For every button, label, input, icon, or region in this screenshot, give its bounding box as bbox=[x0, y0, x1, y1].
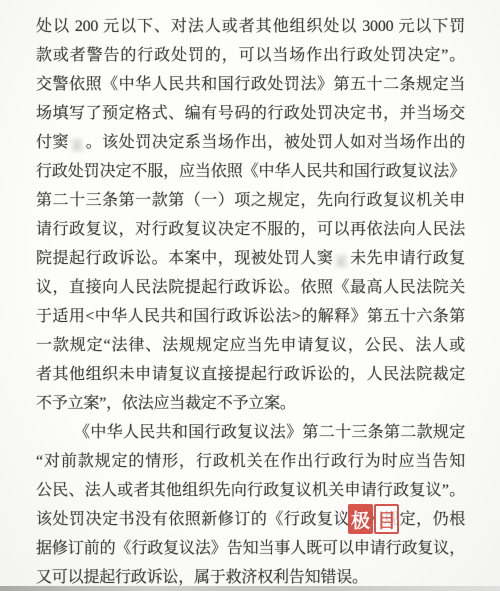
text-segment: 付窦 bbox=[36, 134, 69, 151]
text-segment: 该处罚决定书没有依照新修订的《行政复议法》规定，仍根 bbox=[36, 511, 465, 528]
text-line: 《中华人民共和国行政复议法》第二十三条第二款规定 bbox=[36, 418, 465, 447]
text-segment: 于适用<中华人民共和国行政诉讼法>的解释》第五十六条第 bbox=[36, 308, 465, 325]
jimu-watermark: 极 目 bbox=[348, 504, 399, 534]
text-segment: 处以 200 元以下、对法人或者其他组织处以 3000 元以下罚 bbox=[36, 18, 465, 35]
text-segment: 不予立案”，依法应当裁定不予立案。 bbox=[36, 395, 296, 412]
text-line: 交警依照《中华人民共和国行政处罚法》第五十二条规定当 bbox=[36, 70, 465, 99]
text-segment: 交警依照《中华人民共和国行政处罚法》第五十二条规定当 bbox=[36, 76, 465, 93]
text-segment: 公民、法人或者其他组织先向行政复议机关申请行政复议”。 bbox=[36, 482, 465, 499]
page-bottom-edge bbox=[0, 586, 500, 591]
text-line: 公民、法人或者其他组织先向行政复议机关申请行政复议”。 bbox=[36, 476, 465, 505]
text-line: 不予立案”，依法应当裁定不予立案。 bbox=[36, 389, 465, 418]
watermark-badge-mu: 目 bbox=[374, 504, 399, 534]
text-segment: 《中华人民共和国行政复议法》第二十三条第二款规定 bbox=[74, 424, 465, 441]
text-segment: 款或者警告的行政处罚的，可以当场作出行政处罚决定”。 bbox=[36, 47, 465, 64]
text-segment: 院提起行政诉讼。本案中，现被处罚人窦 bbox=[36, 250, 333, 267]
text-line: 者其他组织未申请复议直接提起行政诉讼的，人民法院裁定 bbox=[36, 360, 465, 389]
text-line: “对前款规定的情形，行政机关在作出行政行为时应当告知 bbox=[36, 447, 465, 476]
watermark-badge-ji: 极 bbox=[348, 504, 373, 534]
text-line: 该处罚决定书没有依照新修订的《行政复议法》规定，仍根 bbox=[36, 505, 465, 534]
redacted-name: 某 bbox=[70, 135, 84, 152]
text-segment: 第二十三条第一款第（一）项之规定，先向行政复议机关申 bbox=[36, 192, 465, 209]
text-line: 行政处罚决定不服，应当依照《中华人民共和国行政复议法》 bbox=[36, 157, 465, 186]
text-line: 院提起行政诉讼。本案中，现被处罚人窦某未先申请行政复 bbox=[36, 244, 465, 273]
text-segment: 行政处罚决定不服，应当依照《中华人民共和国行政复议法》 bbox=[36, 163, 465, 180]
redacted-name: 某 bbox=[335, 251, 349, 268]
text-line: 第二十三条第一款第（一）项之规定，先向行政复议机关申 bbox=[36, 186, 465, 215]
text-line: 请行政复议，对行政复议决定不服的，可以再依法向人民法 bbox=[36, 215, 465, 244]
text-line: 于适用<中华人民共和国行政诉讼法>的解释》第五十六条第 bbox=[36, 302, 465, 331]
document-text: 处以 200 元以下、对法人或者其他组织处以 3000 元以下罚款或者警告的行政… bbox=[36, 12, 465, 591]
document-page: 处以 200 元以下、对法人或者其他组织处以 3000 元以下罚款或者警告的行政… bbox=[0, 0, 500, 591]
text-segment: “对前款规定的情形，行政机关在作出行政行为时应当告知 bbox=[36, 453, 465, 470]
text-line: 场填写了预定格式、编有号码的行政处罚决定书，并当场交 bbox=[36, 99, 465, 128]
text-segment: 未先申请行政复 bbox=[349, 250, 465, 267]
text-segment: 请行政复议，对行政复议决定不服的，可以再依法向人民法 bbox=[36, 221, 465, 238]
text-line: 处以 200 元以下、对法人或者其他组织处以 3000 元以下罚 bbox=[36, 12, 465, 41]
text-line: 付窦某。该处罚决定系当场作出，被处罚人如对当场作出的 bbox=[36, 128, 465, 157]
text-segment: 场填写了预定格式、编有号码的行政处罚决定书，并当场交 bbox=[36, 105, 465, 122]
text-segment: 。该处罚决定系当场作出，被处罚人如对当场作出的 bbox=[85, 134, 465, 151]
text-line: 款或者警告的行政处罚的，可以当场作出行政处罚决定”。 bbox=[36, 41, 465, 70]
text-segment: 议，直接向人民法院提起行政诉讼。依照《最高人民法院关 bbox=[36, 279, 465, 296]
text-line: 据修订前的《行政复议法》告知当事人既可以申请行政复议， bbox=[36, 534, 465, 563]
text-segment: 一款规定“法律、法规规定应当先申请复议，公民、法人或 bbox=[36, 337, 465, 354]
text-segment: 据修订前的《行政复议法》告知当事人既可以申请行政复议， bbox=[36, 540, 465, 557]
text-line: 议，直接向人民法院提起行政诉讼。依照《最高人民法院关 bbox=[36, 273, 465, 302]
text-segment: 者其他组织未申请复议直接提起行政诉讼的，人民法院裁定 bbox=[36, 366, 465, 383]
text-line: 一款规定“法律、法规规定应当先申请复议，公民、法人或 bbox=[36, 331, 465, 360]
text-segment: 又可以提起行政诉讼，属于救济权利告知错误。 bbox=[36, 569, 368, 586]
